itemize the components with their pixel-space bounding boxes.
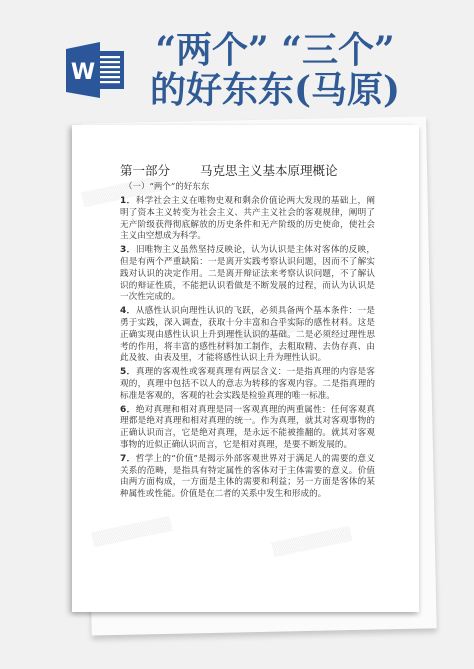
subsection-heading: （一）“两个”的好东东 [124, 181, 375, 194]
word-document-icon: W [66, 41, 128, 99]
title-line-1: “两个” “三个” [150, 30, 400, 70]
document-page: ▒▒▒▒▒▒▒▒ ▒▒▒▒▒▒▒▒ ▒▒▒▒▒▒▒▒ ▒▒▒▒▒▒▒▒ 第一部分… [72, 125, 419, 612]
paragraph-3: 3．旧唯物主义虽然坚持反映论，认为认识是主体对客体的反映，但是有两个严重缺陷：一… [120, 245, 375, 304]
document-body: 第一部分马克思主义基本原理概论 （一）“两个”的好东东 1．科学社会主义在唯物史… [120, 163, 375, 501]
paragraph-1: 1．科学社会主义在唯物史观和剩余价值论两大发现的基础上，阐明了资本主义转变为社会… [120, 196, 375, 243]
banner-header: W “两个” “三个” 的好东东(马原) [0, 0, 474, 125]
watermark: ▒▒▒▒▒▒▒▒ [271, 527, 352, 558]
watermark: ▒▒▒▒▒▒▒▒ [91, 517, 172, 548]
heading-part: 第一部分 [120, 163, 170, 178]
paragraph-5: 5．真理的客观性或客观真理有两层含义：一是指真理的内容是客观的，真理中包括不以人… [120, 367, 375, 402]
paragraph-4: 4．从感性认识向理性认识的飞跃，必须具备两个基本条件：一是勇于实践，深入调查，获… [120, 306, 375, 365]
paragraph-7: 7．哲学上的“价值”是揭示外部客观世界对于满足人的需要的意义关系的范畴，是指具有… [120, 454, 375, 501]
section-heading: 第一部分马克思主义基本原理概论 [120, 163, 375, 179]
page-title: “两个” “三个” 的好东东(马原) [150, 30, 400, 110]
svg-text:W: W [71, 60, 95, 85]
paragraph-6: 6．绝对真理和相对真理是同一客观真理的两重属性：任何客观真理都是绝对真理和相对真… [120, 405, 375, 452]
heading-title: 马克思主义基本原理概论 [200, 163, 338, 178]
title-line-2: 的好东东(马原) [150, 70, 400, 110]
